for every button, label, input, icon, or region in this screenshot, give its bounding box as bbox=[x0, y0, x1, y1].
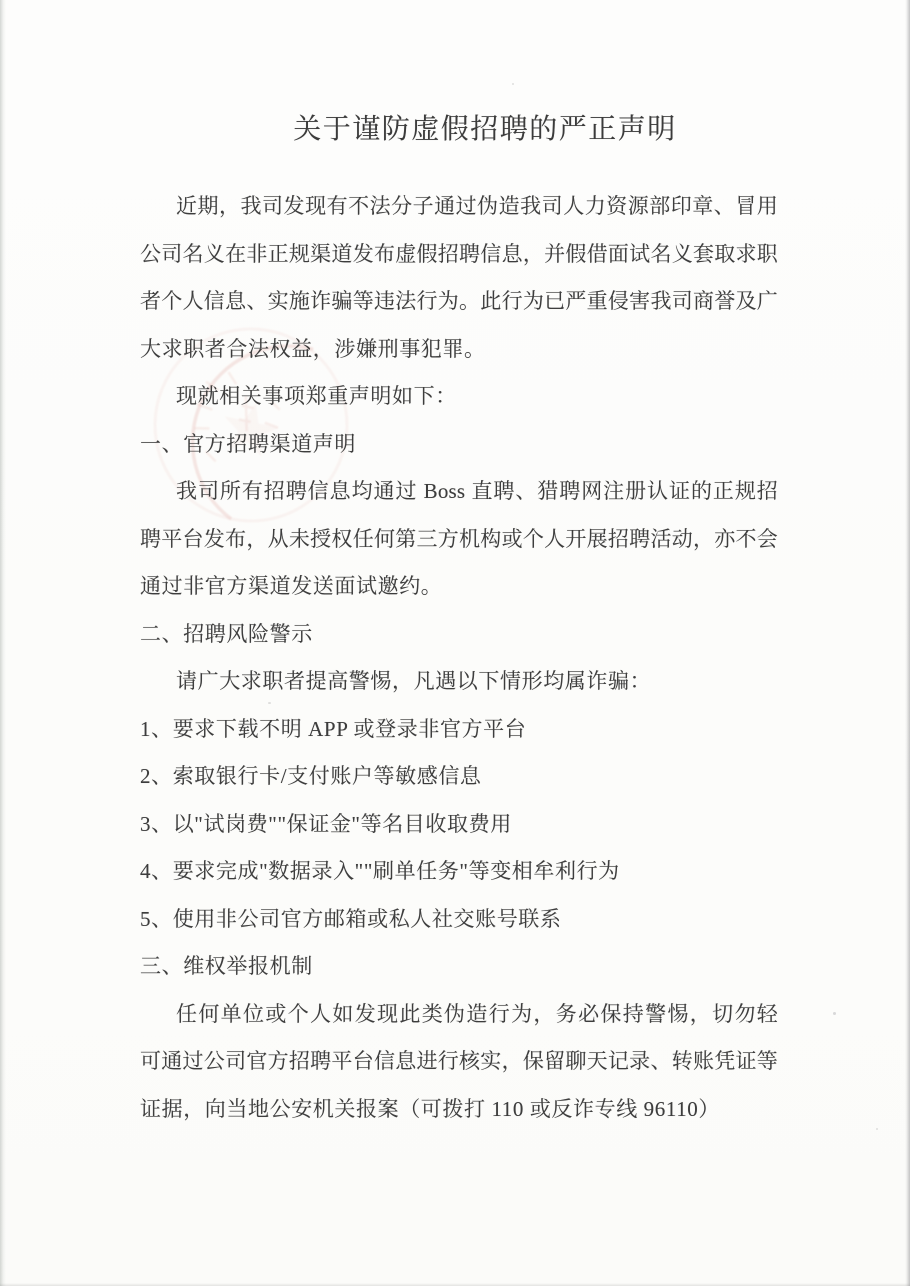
document-title: 关于谨防虚假招聘的严正声明 bbox=[166, 112, 804, 148]
paragraph-line: 公司名义在非正规渠道发布虚假招聘信息，并假借面试名义套取求职 bbox=[140, 231, 778, 279]
paragraph-line: 可通过公司官方招聘平台信息进行核实，保留聊天记录、转账凭证等 bbox=[140, 1038, 778, 1086]
list-item: 5、使用非公司官方邮箱或私人社交账号联系 bbox=[140, 896, 778, 944]
list-item: 3、以"试岗费""保证金"等名目收取费用 bbox=[140, 801, 778, 849]
scan-speck bbox=[833, 1012, 836, 1015]
paragraph-line: 大求职者合法权益，涉嫌刑事犯罪。 bbox=[140, 326, 778, 374]
list-item: 4、要求完成"数据录入""刷单任务"等变相牟利行为 bbox=[140, 848, 778, 896]
scan-speck bbox=[268, 702, 271, 704]
paragraph-line: 任何单位或个人如发现此类伪造行为，务必保持警惕，切勿轻信， bbox=[140, 991, 778, 1039]
paragraph-line: 我司所有招聘信息均通过 Boss 直聘、猎聘网注册认证的正规招 bbox=[140, 468, 778, 516]
paragraph-line: 者个人信息、实施诈骗等违法行为。此行为已严重侵害我司商誉及广 bbox=[140, 278, 778, 326]
paragraph-line: 现就相关事项郑重声明如下： bbox=[140, 373, 778, 421]
scan-edge-left bbox=[0, 0, 6, 1286]
paragraph-line: 证据，向当地公安机关报案（可拨打 110 或反诈专线 96110） bbox=[140, 1086, 778, 1134]
scanned-document-page: 关于谨防虚假招聘的严正声明 近期，我司发现有不法分子通过伪造我司人力资源部印章、… bbox=[0, 0, 910, 1286]
paragraph-line: 请广大求职者提高警惕，凡遇以下情形均属诈骗： bbox=[140, 658, 778, 706]
document-body: 近期，我司发现有不法分子通过伪造我司人力资源部印章、冒用公司名义在非正规渠道发布… bbox=[140, 183, 778, 1133]
scan-edge-right bbox=[905, 0, 910, 1286]
section-heading: 二、招聘风险警示 bbox=[140, 611, 778, 659]
paragraph-line: 通过非官方渠道发送面试邀约。 bbox=[140, 563, 778, 611]
section-heading: 三、维权举报机制 bbox=[140, 943, 778, 991]
paragraph-line: 聘平台发布，从未授权任何第三方机构或个人开展招聘活动，亦不会 bbox=[140, 516, 778, 564]
list-item: 1、要求下载不明 APP 或登录非官方平台 bbox=[140, 706, 778, 754]
paragraph-line: 近期，我司发现有不法分子通过伪造我司人力资源部印章、冒用 bbox=[140, 183, 778, 231]
section-heading: 一、官方招聘渠道声明 bbox=[140, 421, 778, 469]
scan-speck bbox=[512, 83, 514, 85]
scan-speck bbox=[876, 1128, 878, 1130]
list-item: 2、索取银行卡/支付账户等敏感信息 bbox=[140, 753, 778, 801]
